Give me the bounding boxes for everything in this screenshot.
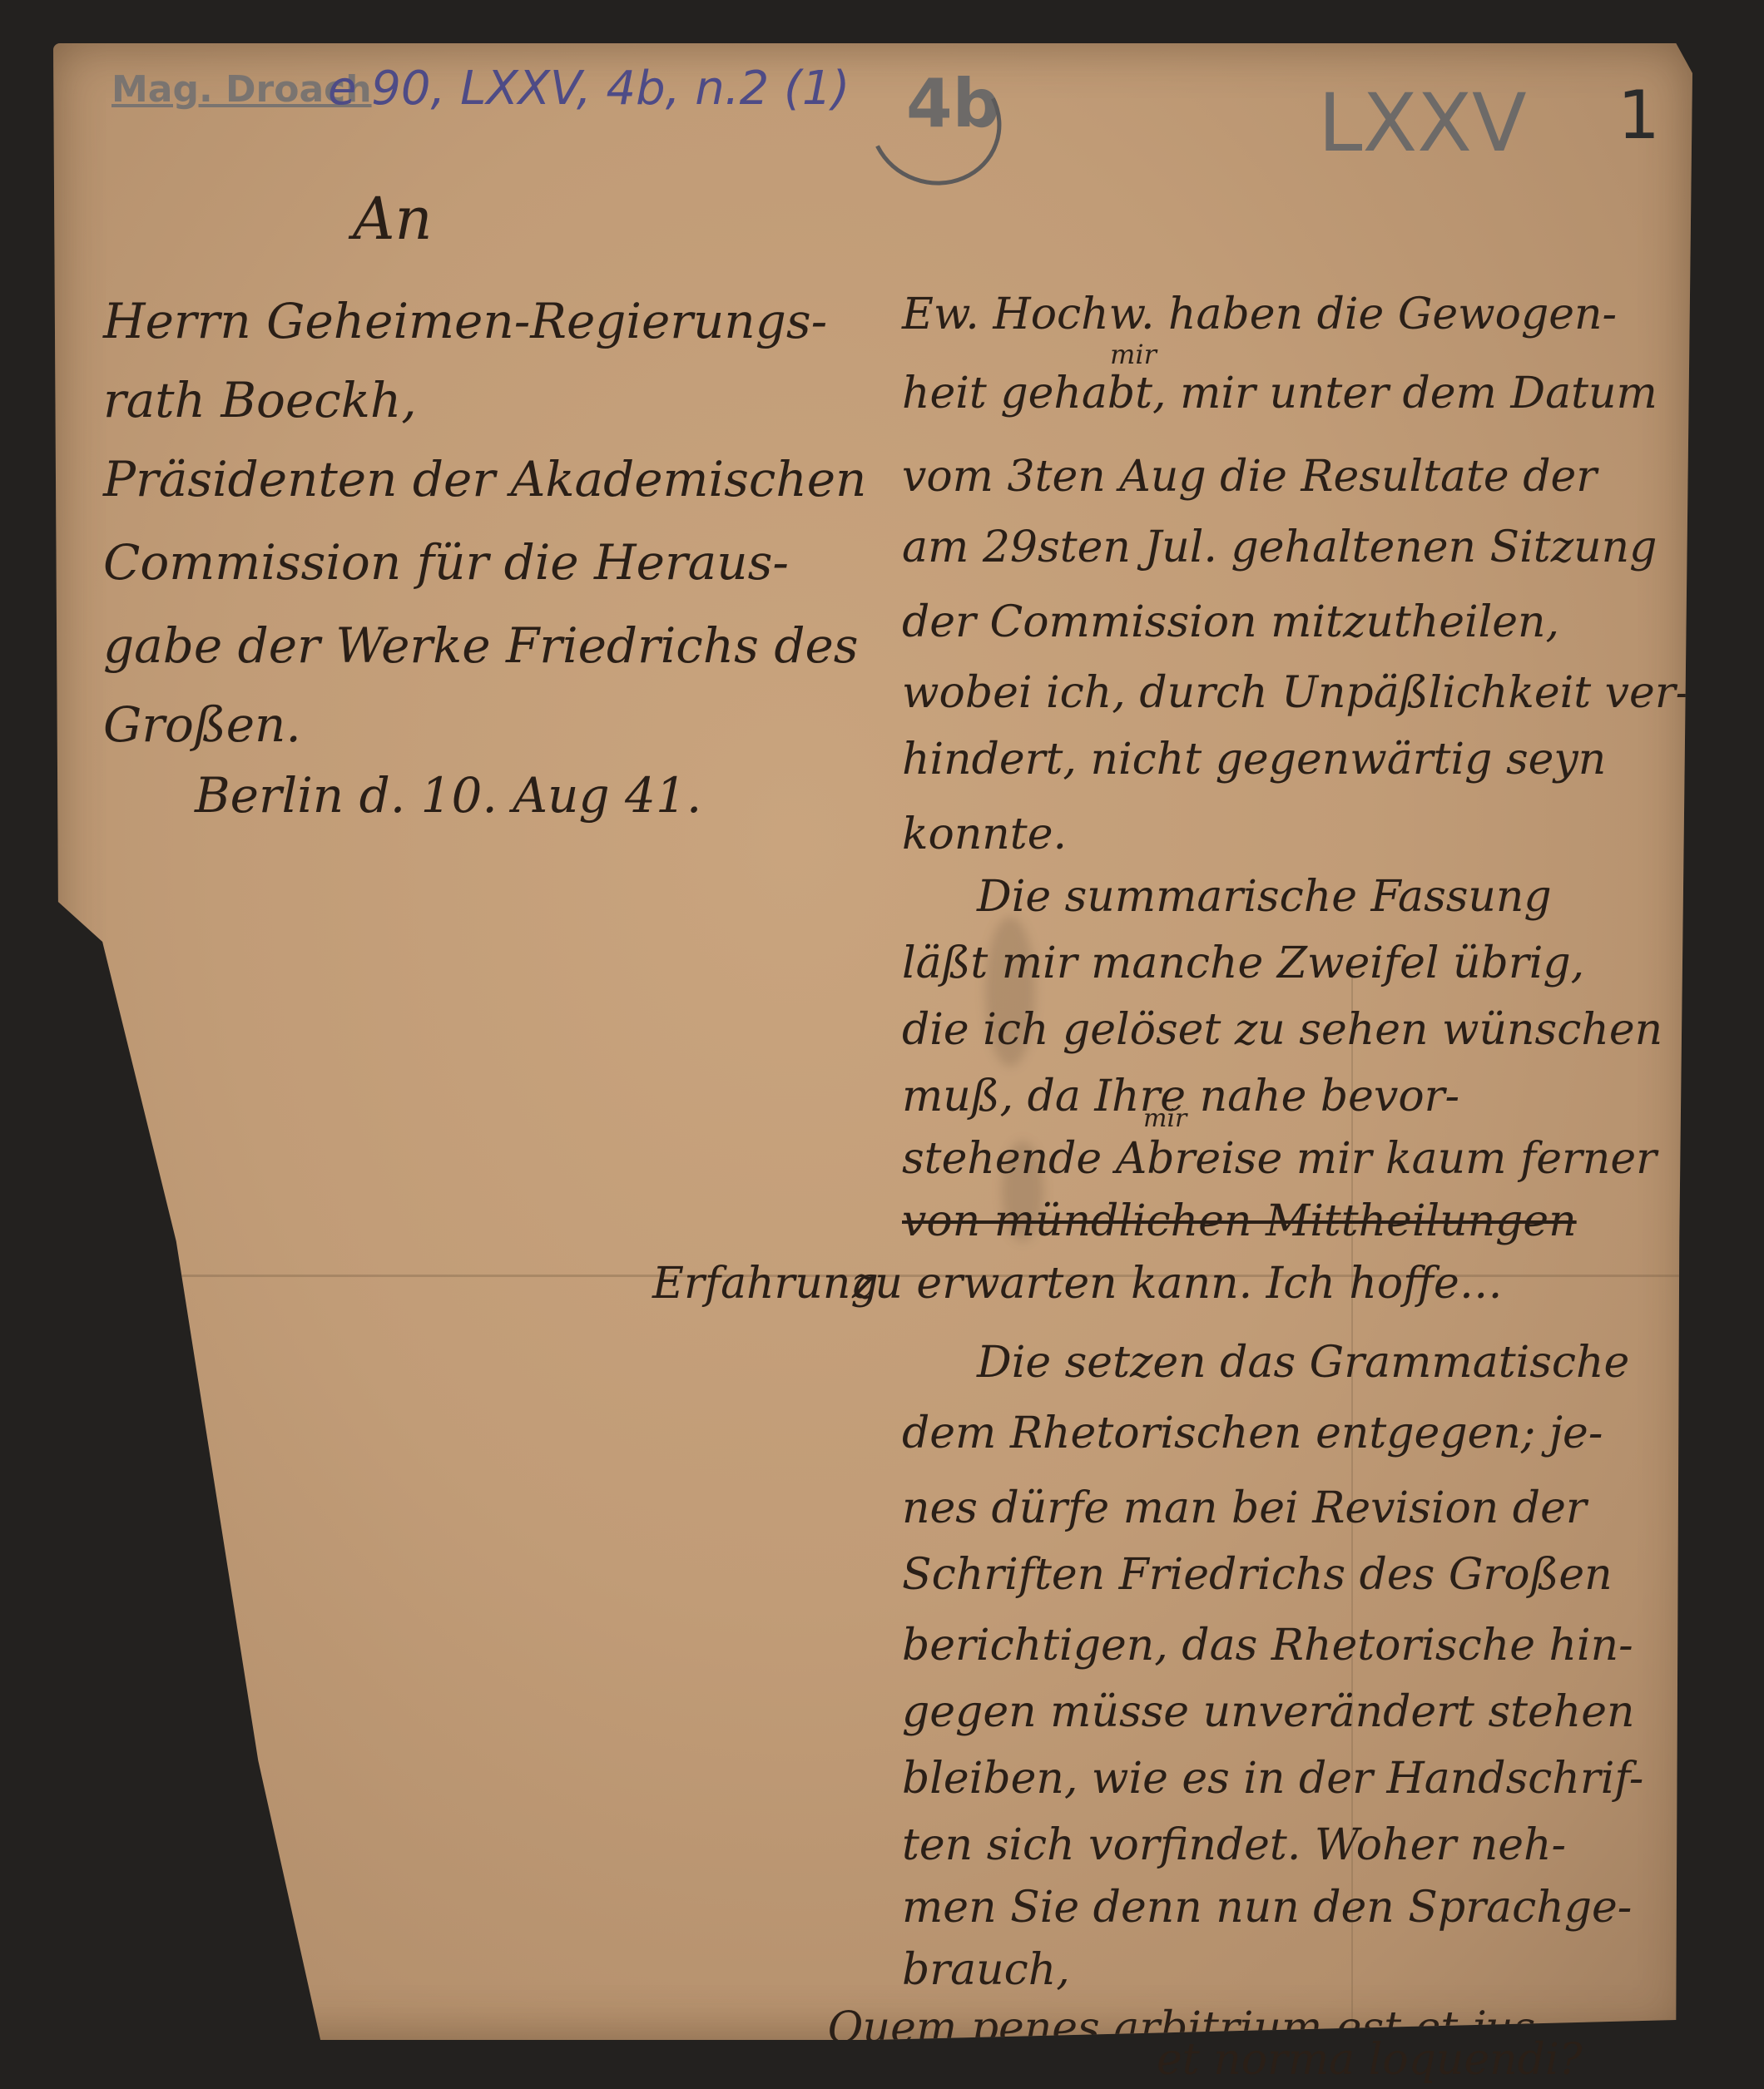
body-line: brauch, (902, 1948, 1070, 1992)
body-line: heit gehabt, mir unter dem Datum (902, 372, 1657, 415)
body-line: bleiben, wie es in der Handschrif- (902, 1757, 1643, 1800)
body-line: hindert, nicht gegenwärtig seyn (902, 738, 1606, 781)
letter-sheet: Mag. Droach e 90, LXXV, 4b, n.2 (1) 4b L… (53, 43, 1692, 2040)
body-line: Ew. Hochw. haben die Gewogen- (902, 293, 1617, 336)
address-line: Herrn Geheimen-Regierungs- (103, 293, 827, 349)
address-line: Präsidenten der Akademischen (103, 451, 866, 507)
body-line: berichtigen, das Rhetorische hin- (902, 1624, 1633, 1667)
body-line: ten sich vorfindet. Woher neh- (902, 1824, 1566, 1867)
address-line: rath Boeckh, (103, 372, 417, 428)
body-line-struck: von mündlichen Mittheilungen (902, 1200, 1577, 1243)
interlinear-insertion: mir (1110, 339, 1157, 370)
body-line: der Commission mitzutheilen, (902, 601, 1559, 644)
address-line: Großen. (103, 696, 301, 753)
salutation: An (353, 185, 433, 253)
latin-quote-line: et norma loquendi? (1157, 2038, 1582, 2082)
body-line: konnte. (902, 813, 1067, 856)
roman-numeral-mark: LXXV (1318, 77, 1527, 170)
body-line: die ich gelöset zu sehen wünschen (902, 1008, 1662, 1052)
page-number: 1 (1618, 77, 1660, 154)
body-line: vom 3ten Aug die Resultate der (902, 455, 1597, 498)
body-line: zu erwarten kann. Ich hoffe… (852, 1262, 1503, 1305)
body-line: wobei ich, durch Unpäßlichkeit ver- (902, 671, 1690, 715)
shelfmark: e 90, LXXV, 4b, n.2 (1) (328, 62, 850, 116)
body-line: gegen müsse unverändert stehen (902, 1691, 1635, 1734)
interlinear-insertion: mir (1143, 1104, 1187, 1133)
body-line: Die setzen das Grammatische (977, 1341, 1629, 1384)
address-line: Commission für die Heraus- (103, 534, 789, 591)
body-line: nes dürfe man bei Revision der (902, 1487, 1587, 1530)
place-date: Berlin d. 10. Aug 41. (195, 767, 701, 824)
body-line: stehende Abreise mir kaum ferner (902, 1137, 1657, 1181)
body-line: men Sie denn nun den Sprachge- (902, 1886, 1632, 1929)
body-line: am 29sten Jul. gehaltenen Sitzung (902, 526, 1657, 569)
address-line: gabe der Werke Friedrichs des (103, 617, 859, 674)
body-line: Schriften Friedrichs des Großen (902, 1553, 1613, 1596)
body-line: dem Rhetorischen entgegen; je- (902, 1412, 1603, 1455)
margin-note: Erfahrung (652, 1262, 879, 1305)
body-line: Die summarische Fassung (977, 875, 1552, 918)
body-line: läßt mir manche Zweifel übrig, (902, 942, 1584, 985)
